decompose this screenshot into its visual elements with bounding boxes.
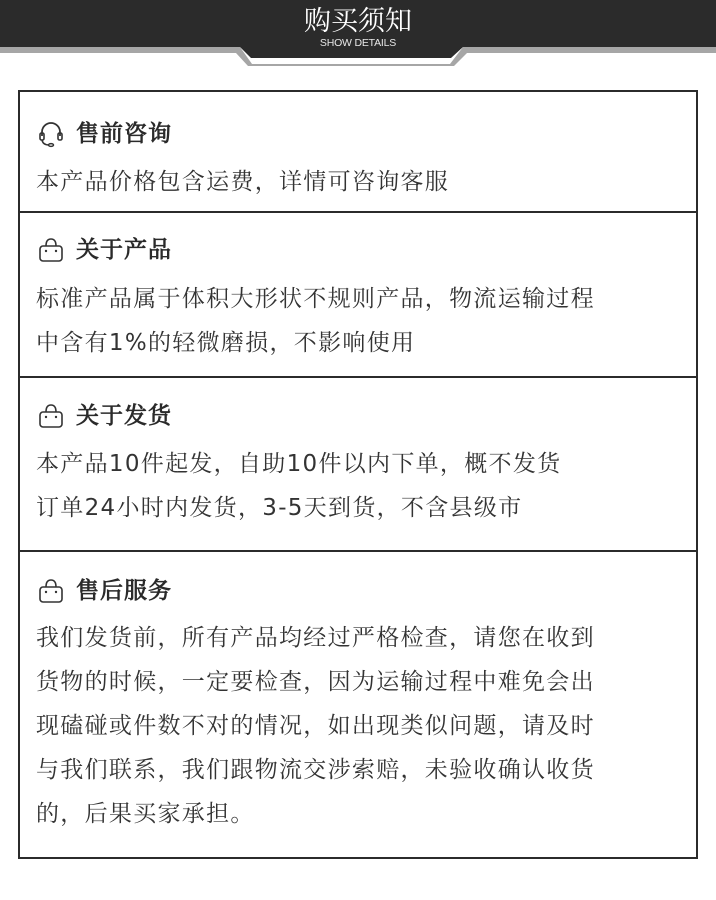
shopping-bag-icon — [36, 401, 66, 431]
body-line: 订单24小时内发货，3-5天到货，不含县级市 — [36, 486, 676, 530]
section-after-sales: 售后服务 我们发货前，所有产品均经过严格检查，请您在收到 货物的时候，一定要检查… — [20, 552, 696, 857]
section-heading: 关于发货 — [36, 399, 172, 433]
section-title: 售后服务 — [76, 574, 172, 608]
section-body: 我们发货前，所有产品均经过严格检查，请您在收到 货物的时候，一定要检查，因为运输… — [36, 616, 676, 836]
shopping-bag-icon — [36, 235, 66, 265]
body-line: 与我们联系，我们跟物流交涉索赔，未验收确认收货 — [36, 748, 676, 792]
section-about-product: 关于产品 标准产品属于体积大形状不规则产品，物流运输过程 中含有1%的轻微磨损，… — [20, 213, 696, 378]
section-presale-consult: 售前咨询 本产品价格包含运费，详情可咨询客服 — [20, 92, 696, 213]
section-title: 关于发货 — [76, 399, 172, 433]
section-body: 本产品10件起发，自助10件以内下单，概不发货 订单24小时内发货，3-5天到货… — [36, 442, 676, 530]
body-line: 现磕碰或件数不对的情况，如出现类似问题，请及时 — [36, 704, 676, 748]
body-line: 我们发货前，所有产品均经过严格检查，请您在收到 — [36, 616, 676, 660]
body-line: 中含有1%的轻微磨损，不影响使用 — [36, 321, 676, 365]
shopping-bag-icon — [36, 576, 66, 606]
body-line: 标准产品属于体积大形状不规则产品，物流运输过程 — [36, 277, 676, 321]
header-title: 购买须知 — [0, 6, 716, 38]
purchase-notice-box: 售前咨询 本产品价格包含运费，详情可咨询客服 关于产品 标准产品属于体积大形状不… — [18, 90, 698, 859]
section-heading: 关于产品 — [36, 233, 172, 267]
headset-icon — [36, 119, 66, 149]
section-heading: 售前咨询 — [36, 117, 172, 151]
header-banner: 购买须知 SHOW DETAILS — [0, 0, 716, 66]
body-line: 货物的时候，一定要检查，因为运输过程中难免会出 — [36, 660, 676, 704]
section-about-shipping: 关于发货 本产品10件起发，自助10件以内下单，概不发货 订单24小时内发货，3… — [20, 378, 696, 552]
section-heading: 售后服务 — [36, 574, 172, 608]
section-title: 售前咨询 — [76, 117, 172, 151]
section-title: 关于产品 — [76, 233, 172, 267]
header-subtitle: SHOW DETAILS — [0, 37, 716, 49]
section-body: 本产品价格包含运费，详情可咨询客服 — [36, 160, 676, 204]
body-line: 本产品价格包含运费，详情可咨询客服 — [36, 160, 676, 204]
body-line: 的，后果买家承担。 — [36, 792, 676, 836]
body-line: 本产品10件起发，自助10件以内下单，概不发货 — [36, 442, 676, 486]
section-body: 标准产品属于体积大形状不规则产品，物流运输过程 中含有1%的轻微磨损，不影响使用 — [36, 277, 676, 365]
